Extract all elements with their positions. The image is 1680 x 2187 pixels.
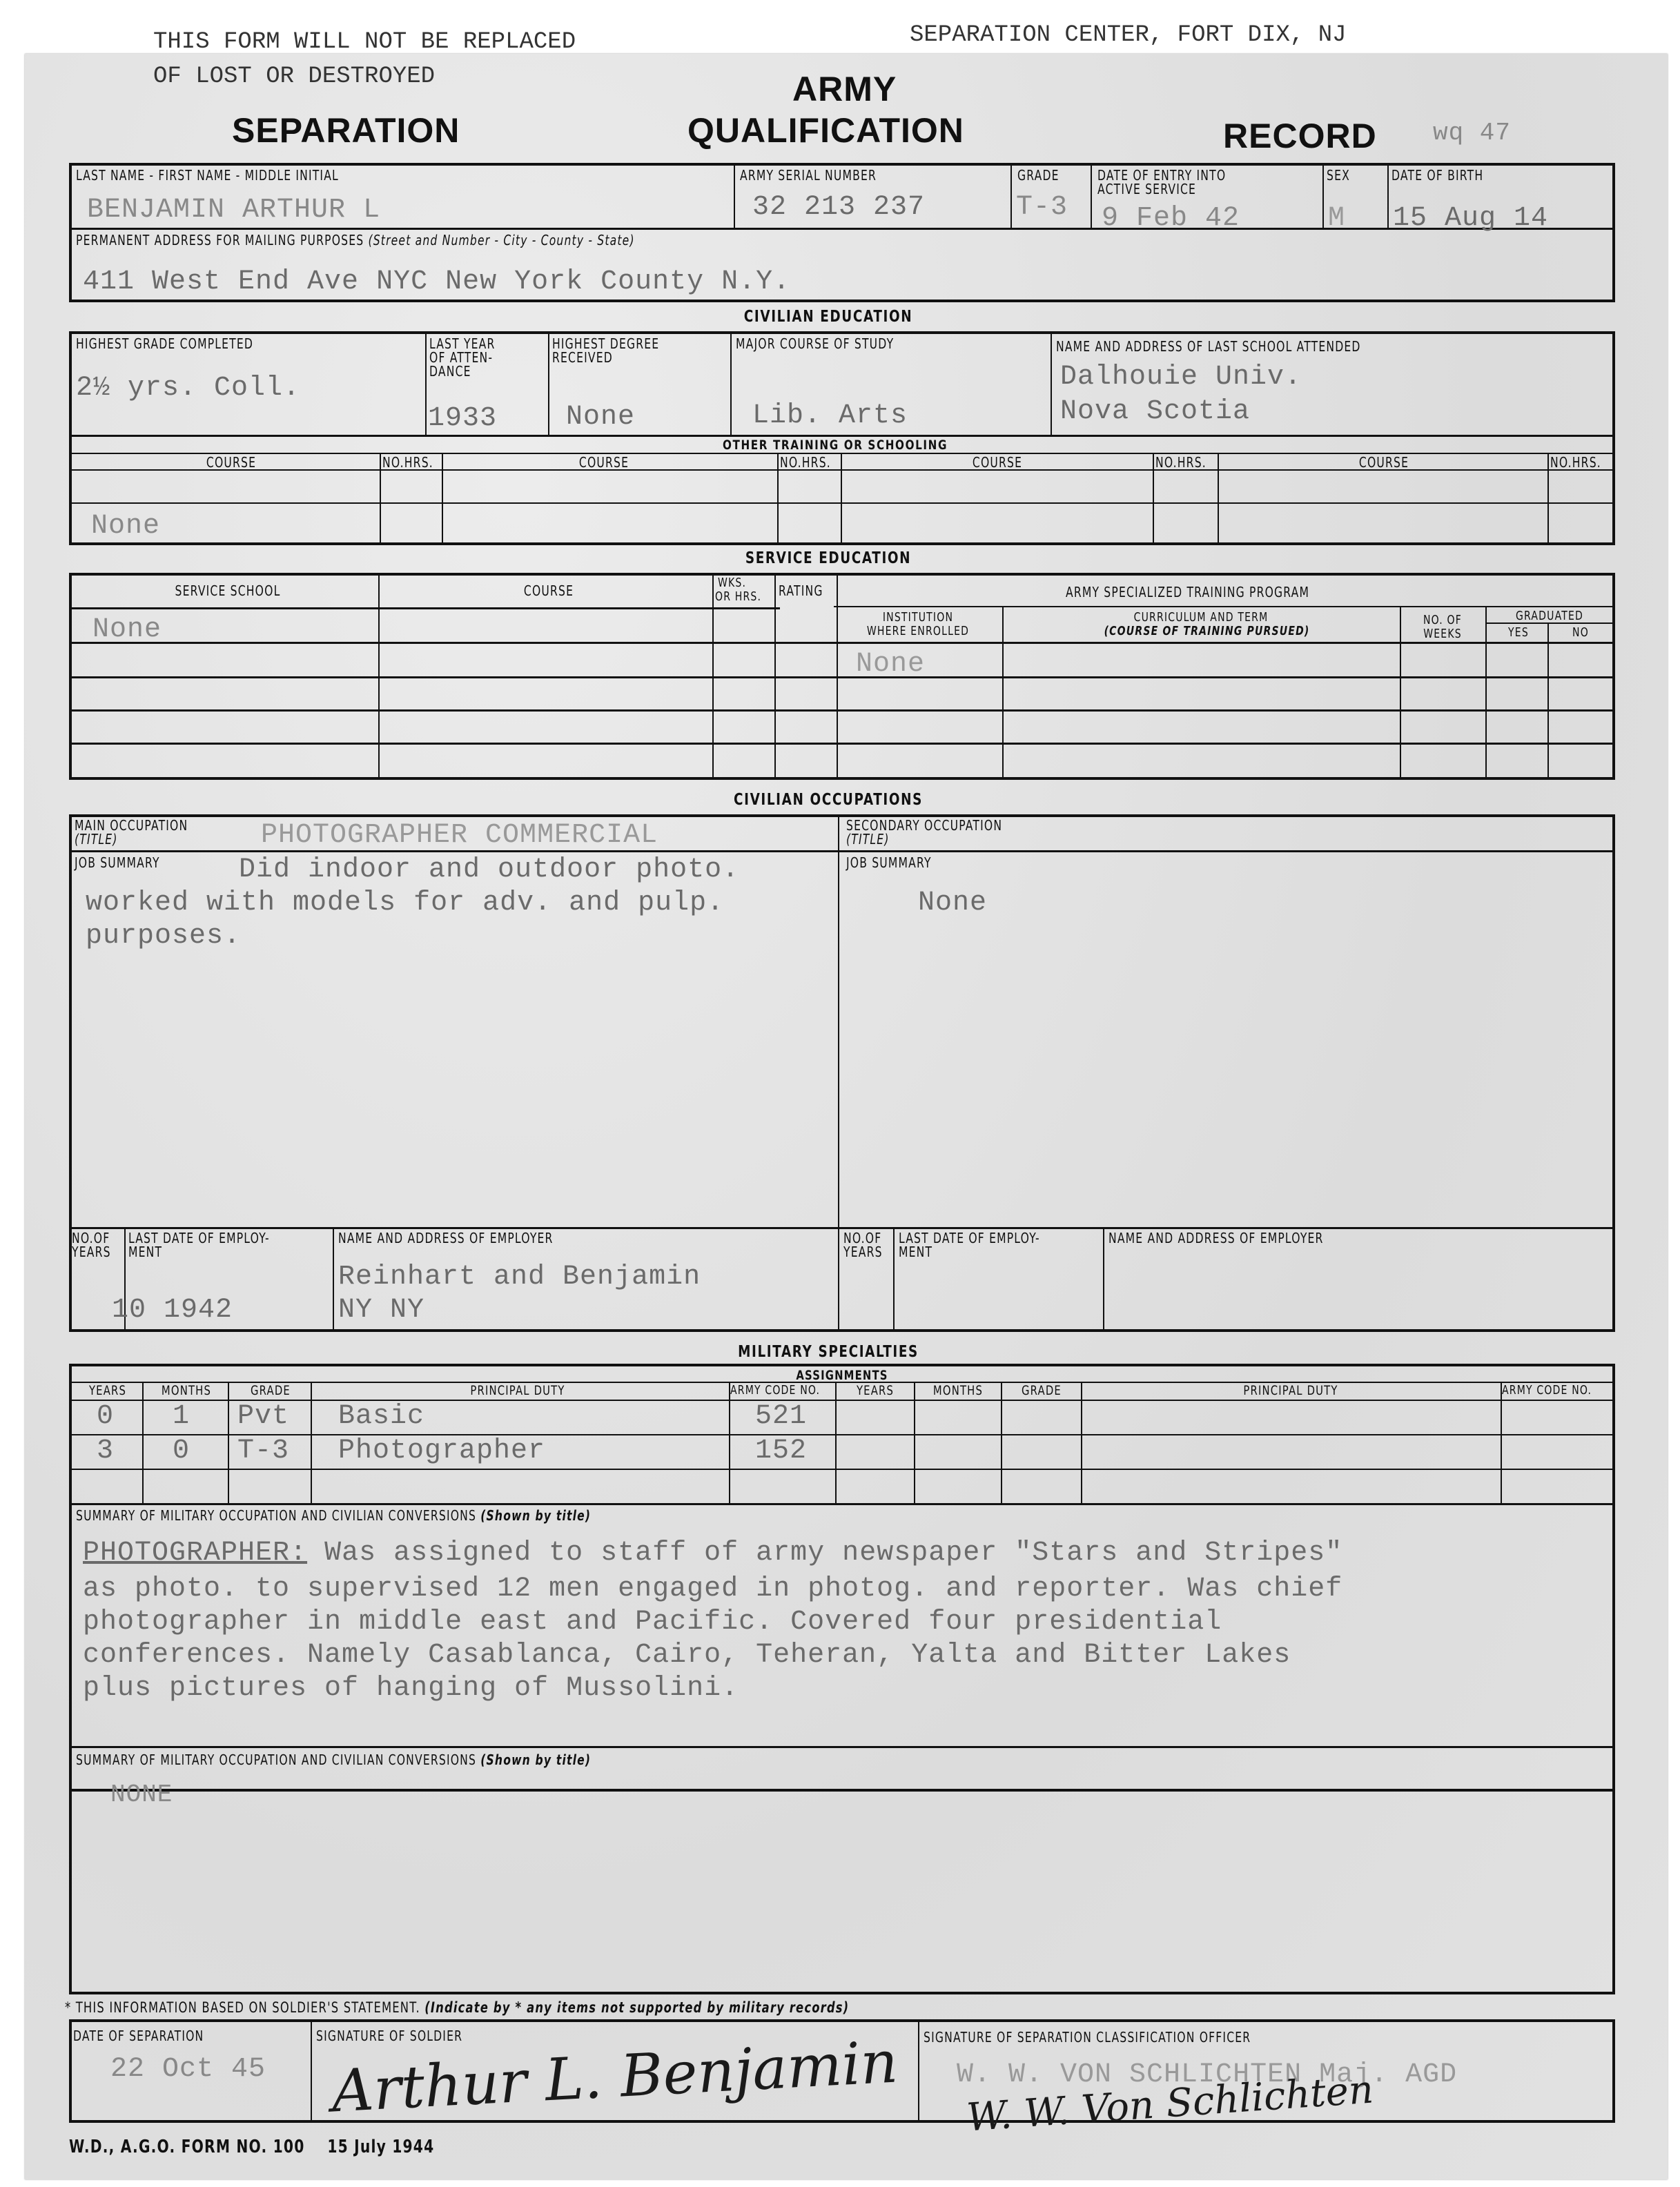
wks-label: WKS.: [718, 577, 746, 590]
service-education-title: SERVICE EDUCATION: [718, 549, 939, 567]
divider: [1002, 606, 1004, 780]
degree-value: None: [566, 402, 635, 433]
civilian-education-title: CIVILIAN EDUCATION: [718, 308, 939, 326]
divider: [777, 453, 779, 545]
last-date-label-2: MENT: [128, 1245, 162, 1259]
divider: [333, 1227, 334, 1332]
col-years: YEARS: [81, 1384, 135, 1398]
secondary-job-summary-value: None: [918, 887, 987, 919]
col-grade-2: GRADE: [1011, 1384, 1073, 1398]
institution-label: INSTITUTION: [864, 611, 972, 625]
divider: [1400, 606, 1401, 780]
divider: [734, 163, 735, 229]
job-summary-label: JOB SUMMARY: [75, 856, 160, 870]
summary1-line5: plus pictures of hanging of Mussolini.: [83, 1673, 739, 1704]
divider: [730, 331, 732, 436]
row2-years: 3: [97, 1435, 114, 1467]
sex-value: M: [1328, 203, 1345, 234]
divider: [311, 2019, 312, 2123]
rating-label: RATING: [779, 584, 823, 598]
divider: [378, 573, 380, 780]
row2-duty: Photographer: [338, 1435, 545, 1467]
statement-note: * THIS INFORMATION BASED ON SOLDIER'S ST…: [65, 2000, 849, 2015]
col-principal-duty: PRINCIPAL DUTY: [383, 1384, 652, 1398]
row1-grade: Pvt: [237, 1401, 289, 1432]
assignments-title: ASSIGNMENTS: [777, 1369, 906, 1383]
no-label: NO: [1559, 627, 1602, 640]
employer-line2: NY NY: [338, 1295, 424, 1326]
summary1-label: SUMMARY OF MILITARY OCCUPATION AND CIVIL…: [76, 1509, 591, 1523]
col-army-code-2: ARMY CODE NO.: [1502, 1384, 1592, 1397]
institution-label-2: WHERE ENROLLED: [864, 625, 972, 638]
divider: [69, 1382, 1615, 1383]
service-school-value: None: [92, 614, 162, 645]
summary2-label: SUMMARY OF MILITARY OCCUPATION AND CIVIL…: [76, 1753, 591, 1767]
grade-label: GRADE: [1017, 168, 1059, 183]
divider: [837, 573, 838, 780]
title-separation: SEPARATION: [232, 110, 460, 150]
annotation: wq 47: [1433, 119, 1511, 147]
col-years-2: YEARS: [845, 1384, 905, 1398]
name-value: BENJAMIN ARTHUR L: [87, 195, 380, 226]
divider: [1387, 163, 1389, 229]
divider: [1091, 163, 1092, 229]
divider: [380, 453, 381, 545]
col-principal-duty-2: PRINCIPAL DUTY: [1156, 1384, 1425, 1398]
divider: [69, 607, 780, 609]
title-qualification: QUALIFICATION: [687, 110, 964, 150]
form-number: W.D., A.G.O. FORM NO. 100 15 July 1944: [69, 2138, 434, 2157]
graduated-label: GRADUATED: [1504, 610, 1596, 623]
serial-value: 32 213 237: [752, 192, 925, 223]
divider: [425, 331, 427, 436]
divider: [69, 642, 1615, 644]
row1-years: 0: [97, 1401, 114, 1432]
address-label: PERMANENT ADDRESS FOR MAILING PURPOSES (…: [76, 233, 635, 248]
major-label: MAJOR COURSE OF STUDY: [736, 337, 894, 351]
divider: [69, 709, 1615, 712]
divider: [1051, 331, 1052, 436]
sex-label: SEX: [1327, 168, 1350, 183]
highest-grade-value: 2½ yrs. Coll.: [76, 373, 300, 404]
row2-months: 0: [173, 1435, 190, 1467]
name-label: LAST NAME - FIRST NAME - MIDDLE INITIAL: [76, 168, 339, 183]
divider: [838, 814, 839, 1332]
years-label-secondary-2: YEARS: [843, 1245, 883, 1259]
last-year-label-3: DANCE: [429, 364, 471, 379]
divider: [918, 2019, 919, 2123]
row1-code: 521: [755, 1401, 807, 1432]
row2-code: 152: [755, 1435, 807, 1467]
last-date-label-secondary-2: MENT: [899, 1245, 932, 1259]
officer-signature-label: SIGNATURE OF SEPARATION CLASSIFICATION O…: [924, 2030, 1251, 2045]
main-occupation-label-2: (TITLE): [75, 832, 118, 847]
divider: [893, 1227, 895, 1332]
school-label: NAME AND ADDRESS OF LAST SCHOOL ATTENDED: [1056, 340, 1361, 354]
wks-label-2: OR HRS.: [715, 591, 761, 604]
divider: [1322, 163, 1324, 229]
summary2-value: NONE: [110, 1781, 173, 1809]
hrs-col-2: NO.HRS.: [780, 455, 831, 470]
divider: [834, 606, 1615, 607]
divider: [69, 1469, 1615, 1470]
summary1-line3: photographer in middle east and Pacific.…: [83, 1607, 1222, 1638]
degree-label-2: RECEIVED: [552, 351, 613, 365]
divider: [69, 743, 1615, 745]
divider: [228, 1382, 229, 1503]
employer-label-secondary: NAME AND ADDRESS OF EMPLOYER: [1108, 1231, 1324, 1246]
separation-date-value: 22 Oct 45: [110, 2054, 266, 2085]
divider: [1501, 1382, 1502, 1503]
civilian-occupations-title: CIVILIAN OCCUPATIONS: [690, 791, 966, 809]
divider: [1010, 163, 1012, 229]
divider: [712, 573, 714, 780]
divider: [69, 435, 1615, 437]
summary1-line2: as photo. to supervised 12 men engaged i…: [83, 1573, 1342, 1605]
secondary-job-summary-label: JOB SUMMARY: [846, 856, 932, 870]
dob-label: DATE OF BIRTH: [1391, 168, 1483, 183]
summary1-line1: PHOTOGRAPHER: Was assigned to staff of a…: [83, 1538, 1342, 1569]
course-col-3: COURSE: [919, 455, 1075, 470]
curriculum-label-2: (COURSE OF TRAINING PURSUED): [1104, 625, 1298, 638]
service-school-label: SERVICE SCHOOL: [147, 584, 309, 598]
institution-value: None: [856, 649, 925, 680]
highest-grade-label: HIGHEST GRADE COMPLETED: [76, 337, 253, 351]
divider: [1547, 622, 1549, 780]
form-notice-line2: OF LOST OR DESTROYED: [153, 63, 435, 90]
employer-line1: Reinhart and Benjamin: [338, 1262, 701, 1293]
divider: [142, 1382, 144, 1503]
main-occupation-value: PHOTOGRAPHER COMMERCIAL: [261, 820, 658, 851]
divider: [914, 1382, 915, 1503]
divider: [69, 502, 1615, 504]
col-months: MONTHS: [154, 1384, 219, 1398]
military-specialties-title: MILITARY SPECIALTIES: [690, 1343, 966, 1361]
divider: [1218, 453, 1219, 545]
weeks-label: NO. OF: [1416, 614, 1469, 627]
grade-value: T-3: [1016, 192, 1068, 223]
title-record: RECORD: [1223, 116, 1377, 156]
entry-value: 9 Feb 42: [1102, 203, 1240, 234]
hrs-col-1: NO.HRS.: [382, 455, 433, 470]
school-line1: Dalhouie Univ.: [1060, 362, 1302, 393]
astp-title: ARMY SPECIALIZED TRAINING PROGRAM: [1066, 585, 1281, 600]
row1-duty: Basic: [338, 1401, 424, 1432]
divider: [1153, 453, 1154, 545]
separation-center: SEPARATION CENTER, FORT DIX, NJ: [910, 22, 1347, 48]
divider: [729, 1382, 730, 1503]
service-course-label: COURSE: [471, 584, 627, 598]
col-months-2: MONTHS: [925, 1384, 992, 1398]
divider: [69, 1434, 1615, 1435]
job-summary-line1: Did indoor and outdoor photo.: [239, 854, 739, 885]
job-summary-line2: worked with models for adv. and pulp.: [86, 887, 724, 919]
last-year-value: 1933: [428, 403, 497, 434]
course-col-4: COURSE: [1306, 455, 1462, 470]
divider: [835, 1382, 837, 1503]
entry-label-2: ACTIVE SERVICE: [1097, 182, 1196, 197]
divider: [1103, 1227, 1104, 1332]
other-training-title: OTHER TRAINING OR SCHOOLING: [719, 438, 951, 453]
divider: [774, 573, 776, 780]
serial-label: ARMY SERIAL NUMBER: [740, 168, 877, 183]
row2-grade: T-3: [237, 1435, 289, 1467]
col-grade: GRADE: [240, 1384, 302, 1398]
major-value: Lib. Arts: [752, 400, 908, 431]
row1-months: 1: [173, 1401, 190, 1432]
divider: [311, 1382, 312, 1503]
divider: [1485, 606, 1487, 780]
divider: [548, 331, 549, 436]
years-label-2: YEARS: [72, 1245, 111, 1259]
other-training-value: None: [91, 511, 160, 542]
summary2-box: [69, 1746, 1615, 1994]
separation-date-label: DATE OF SEPARATION: [73, 2029, 204, 2043]
divider: [69, 1503, 1615, 1505]
divider: [69, 676, 1615, 678]
employer-label: NAME AND ADDRESS OF EMPLOYER: [338, 1231, 554, 1246]
col-army-code: ARMY CODE NO.: [730, 1384, 820, 1397]
divider: [1001, 1382, 1002, 1503]
summary1-line4: conferences. Namely Casablanca, Cairo, T…: [83, 1640, 1291, 1671]
divider: [1081, 1382, 1082, 1503]
form-notice-line1: THIS FORM WILL NOT BE REPLACED: [153, 29, 576, 55]
secondary-occupation-label-2: (TITLE): [846, 832, 890, 847]
divider: [69, 1227, 1615, 1229]
divider: [841, 453, 842, 545]
hrs-col-4: NO.HRS.: [1550, 455, 1601, 470]
hrs-col-3: NO.HRS.: [1155, 455, 1207, 470]
soldier-signature-label: SIGNATURE OF SOLDIER: [316, 2029, 462, 2043]
job-summary-line3: purposes.: [86, 921, 241, 952]
address-value: 411 West End Ave NYC New York County N.Y…: [83, 266, 790, 297]
school-line2: Nova Scotia: [1060, 396, 1250, 427]
weeks-label-2: WEEKS: [1416, 628, 1469, 641]
divider: [1547, 453, 1549, 545]
last-date-value: 10 1942: [112, 1295, 233, 1326]
title-army: ARMY: [792, 69, 897, 109]
curriculum-label: CURRICULUM AND TERM: [1104, 611, 1298, 625]
course-col-2: COURSE: [526, 455, 682, 470]
divider: [69, 1400, 1615, 1401]
course-col-1: COURSE: [153, 455, 309, 470]
divider: [442, 453, 443, 545]
divider: [69, 228, 1615, 230]
yes-label: YES: [1497, 627, 1540, 640]
dob-value: 15 Aug 14: [1393, 203, 1548, 234]
